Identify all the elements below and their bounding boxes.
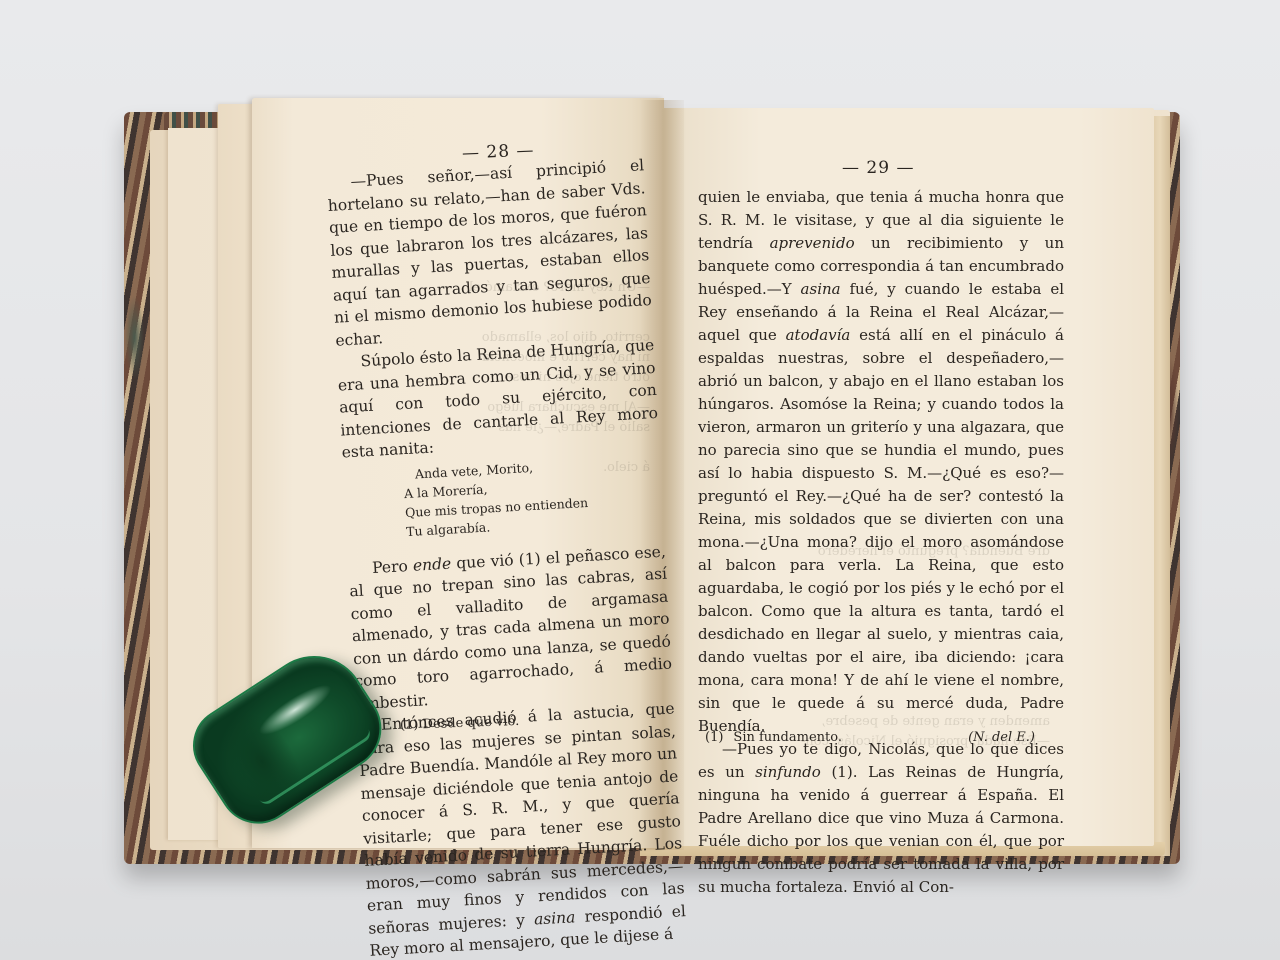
- right-page-text: quien le enviaba, que tenia á mucha honr…: [698, 186, 1064, 899]
- paragraph: —Pues señor,—así principió el hortelano …: [326, 154, 654, 351]
- right-page-number: — 29 —: [842, 158, 914, 178]
- photo-scene: —Un Rey moro? exclamó el cerrito, dijo l…: [0, 0, 1280, 960]
- verse: Anda vete, Morito, A la Morería, Que mis…: [343, 450, 665, 544]
- right-footnote: (1)Sin fundamento. (N. del E.): [705, 730, 1035, 745]
- paragraph: Pero ende que vió (1) el peñasco ese, al…: [348, 540, 674, 715]
- paragraph: Entónces acudió á la astucia, que para e…: [356, 697, 687, 960]
- paragraph: Súpolo ésto la Reina de Hungría, que era…: [336, 334, 660, 464]
- left-page-text: —Pues señor,—así principió el hortelano …: [326, 154, 688, 960]
- paragraph: quien le enviaba, que tenia á mucha honr…: [698, 186, 1064, 738]
- paragraph: —Pues yo te digo, Nicolás, que lo que di…: [698, 738, 1064, 899]
